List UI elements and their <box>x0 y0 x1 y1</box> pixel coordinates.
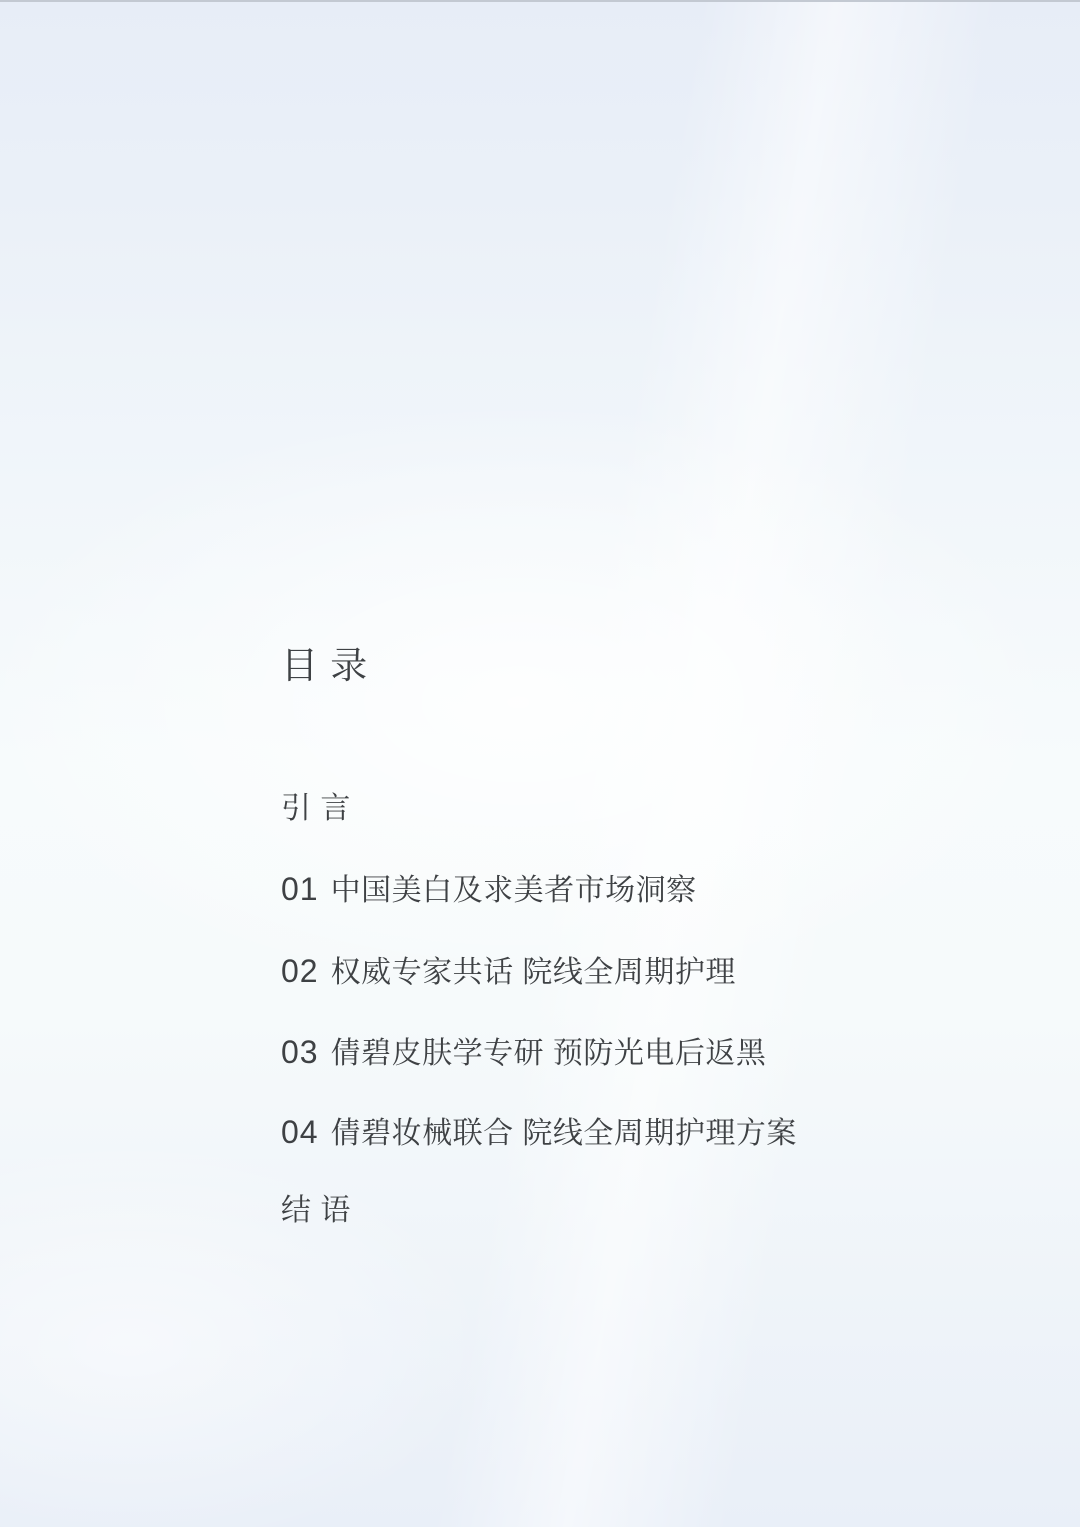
toc-entry-outro: 结 语 <box>281 1196 351 1226</box>
toc-entry-number: 01 <box>281 873 319 905</box>
toc-entry-label: 倩碧皮肤学专研 预防光电后返黑 <box>331 1039 767 1069</box>
toc-entry-label: 中国美白及求美者市场洞察 <box>331 876 697 906</box>
toc-entry-01: 01 中国美白及求美者市场洞察 <box>281 873 697 906</box>
toc-entry-04: 04 倩碧妆械联合 院线全周期护理方案 <box>281 1116 797 1149</box>
toc-entry-03: 03 倩碧皮肤学专研 预防光电后返黑 <box>281 1036 766 1069</box>
toc-entry-number: 02 <box>281 955 319 987</box>
toc-entry-intro: 引 言 <box>281 794 351 824</box>
toc-entry-number: 04 <box>281 1116 319 1148</box>
toc-page: 目 录 引 言 01 中国美白及求美者市场洞察 02 权威专家共话 院线全周期护… <box>0 0 1080 1527</box>
toc-entry-02: 02 权威专家共话 院线全周期护理 <box>281 955 736 988</box>
toc-entry-label: 结 语 <box>281 1196 351 1226</box>
toc-entry-label: 权威专家共话 院线全周期护理 <box>331 958 736 988</box>
toc-entry-label: 倩碧妆械联合 院线全周期护理方案 <box>331 1119 797 1149</box>
toc-entry-label: 引 言 <box>281 794 351 824</box>
background-glow <box>0 0 1080 1527</box>
top-border-line <box>0 0 1080 2</box>
toc-entry-number: 03 <box>281 1036 319 1068</box>
page-title: 目 录 <box>281 647 368 684</box>
